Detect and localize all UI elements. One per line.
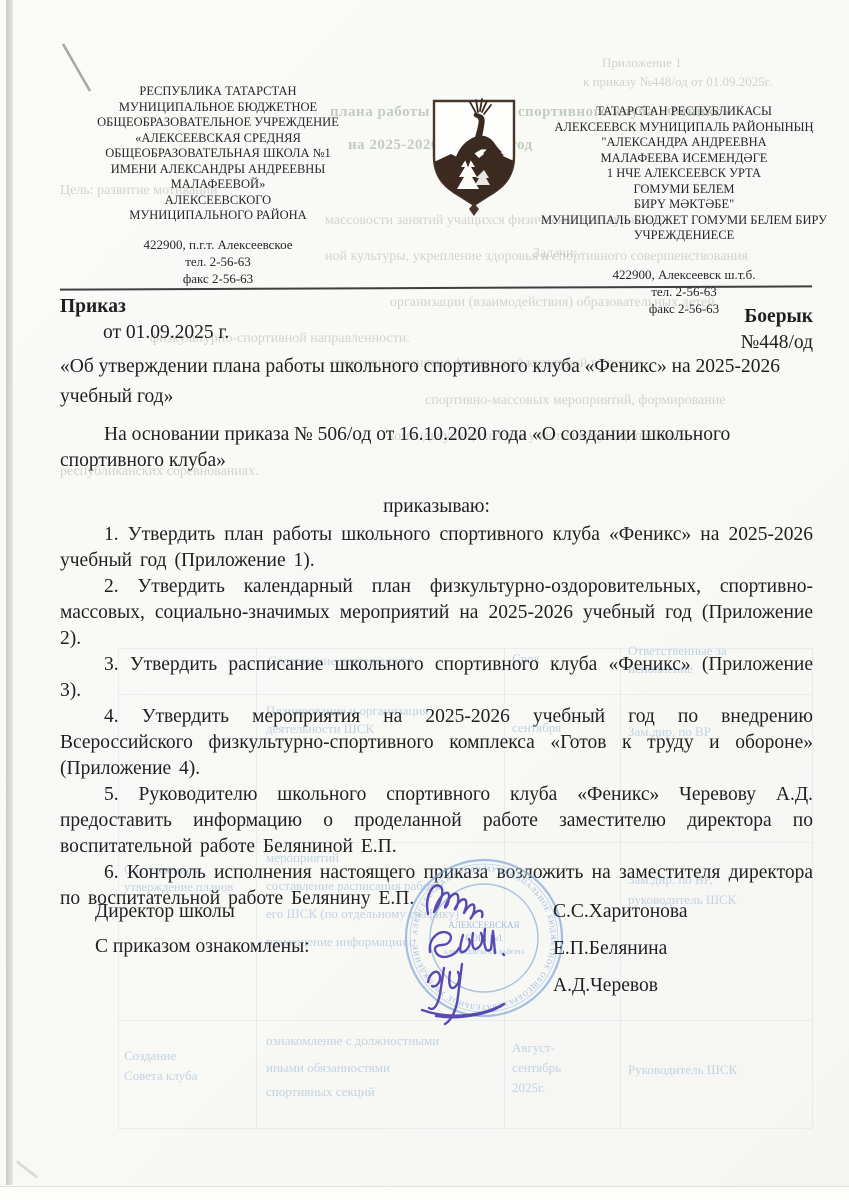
acknowledged-name-1: Е.П.Белянина [553, 938, 667, 960]
order-title-ru: Приказ [60, 294, 126, 320]
order-subject: «Об утверждении плана работы школьного с… [60, 352, 813, 412]
org-name-line: МУНИЦИПАЛЬНОГО РАЙОНА [48, 208, 388, 224]
order-item-3: 3. Утвердить расписание школьного спорти… [60, 652, 813, 704]
ghost-table-line [118, 1128, 812, 1129]
org-name-line: 1 НЧЕ АЛЕКСЕЕВСК УРТА [518, 166, 849, 182]
scanned-order-page: Приложение 1 к приказу №448/од от 01.09.… [0, 0, 849, 1200]
ghost-text: сентябрь [512, 1060, 561, 1076]
signature-belyanina [430, 929, 504, 957]
director-name: С.С.Харитонова [553, 901, 688, 923]
ghost-text: иными обязанностями [266, 1060, 390, 1076]
order-item-1: 1. Утвердить план работы школьного спорт… [60, 522, 813, 574]
org-phone: тел. 2-56-63 [48, 253, 388, 270]
org-address: 422900, Алексеевск ш.т.б. [518, 266, 849, 283]
acknowledged-label: С приказом ознакомлены: [95, 936, 310, 958]
order-intro: На основании приказа № 506/од от 16.10.2… [60, 422, 813, 474]
scan-corner-artifact [16, 1160, 38, 1178]
org-name-line: ИМЕНИ АЛЕКСАНДРЫ АНДРЕЕВНЫ [48, 162, 388, 178]
ghost-text: Приложение 1 [602, 55, 682, 71]
order-item-4: 4. Утвердить мероприятия на 2025-2026 уч… [60, 704, 813, 782]
org-name-line: ОБЩЕОБРАЗОВАТЕЛЬНАЯ ШКОЛА №1 [48, 146, 388, 162]
org-name-line: МУНИЦИПАЛЬНОЕ БЮДЖЕТНОЕ [48, 100, 388, 116]
signature-kharitonova [427, 885, 482, 918]
order-body: Приказ Боерык от 01.09.2025 г. №448/од «… [60, 294, 813, 912]
ghost-text: Совета клуба [124, 1068, 197, 1084]
acknowledged-name-2: А.Д.Черевов [553, 975, 658, 997]
org-address: 422900, п.г.т. Алексеевское [48, 236, 388, 253]
org-name-line: АЛЕКСЕЕВСК МУНИЦИПАЛЬ РАЙОНЫНЫҢ [518, 120, 849, 136]
org-name-line: "АЛЕКСАНДРА АНДРЕЕВНА [518, 135, 849, 151]
org-contact: 422900, п.г.т. Алексеевское тел. 2-56-63… [48, 236, 388, 287]
org-name-line: ГОМУМИ БЕЛЕМ [518, 182, 849, 198]
order-item-2: 2. Утвердить календарный план физкультур… [60, 574, 813, 652]
ghost-text: Создание [124, 1048, 176, 1064]
org-name-line: АЛЕКСЕЕВСКОГО [48, 193, 388, 209]
org-name-line: «АЛЕКСЕЕВСКАЯ СРЕДНЯЯ [48, 131, 388, 147]
org-name-line: ОБЩЕОБРАЗОВАТЕЛЬНОЕ УЧРЕЖДЕНИЕ [48, 115, 388, 131]
ghost-text: 2025г. [512, 1080, 545, 1096]
scan-left-edge [6, 0, 13, 1185]
org-name-line: МАЛАФЕЕВОЙ» [48, 177, 388, 193]
order-date: от 01.09.2025 г. [60, 320, 229, 346]
org-name-line: МАЛАФЕЕВА ИСЕМЕНДӘГЕ [518, 151, 849, 167]
ghost-text: спортивных секций [266, 1084, 375, 1100]
letterhead-russian: РЕСПУБЛИКА ТАТАРСТАН МУНИЦИПАЛЬНОЕ БЮДЖЕ… [48, 84, 388, 287]
org-name-line: ТАТАРСТАН РЕСПУБЛИКАСЫ [518, 104, 849, 120]
ghost-text: к приказу №448/од от 01.09.2025г. [583, 74, 772, 90]
ghost-text: Руководитель ШСК [628, 1062, 737, 1078]
org-fax: факс 2-56-63 [48, 270, 388, 287]
order-number: №448/од [741, 330, 813, 356]
org-name-line: УЧРЕЖДЕНИЕСЕ [518, 228, 849, 244]
signature-cherevov [422, 964, 504, 1024]
org-name-line: МУНИЦИПАЛЬ БЮДЖЕТ ГОМУМИ БЕЛЕМ БИРУ [518, 213, 849, 229]
org-name-line: РЕСПУБЛИКА ТАТАРСТАН [48, 84, 388, 100]
scan-bottom-edge [0, 1186, 849, 1200]
director-label: Директор школы [95, 901, 235, 923]
org-name-line: БИРҮ МӘКТӘБЕ" [518, 197, 849, 213]
decree-word: приказываю: [60, 494, 813, 520]
order-title-tat: Боерык [744, 304, 813, 330]
ghost-text: Август- [512, 1040, 555, 1056]
coat-of-arms-icon [424, 96, 524, 218]
